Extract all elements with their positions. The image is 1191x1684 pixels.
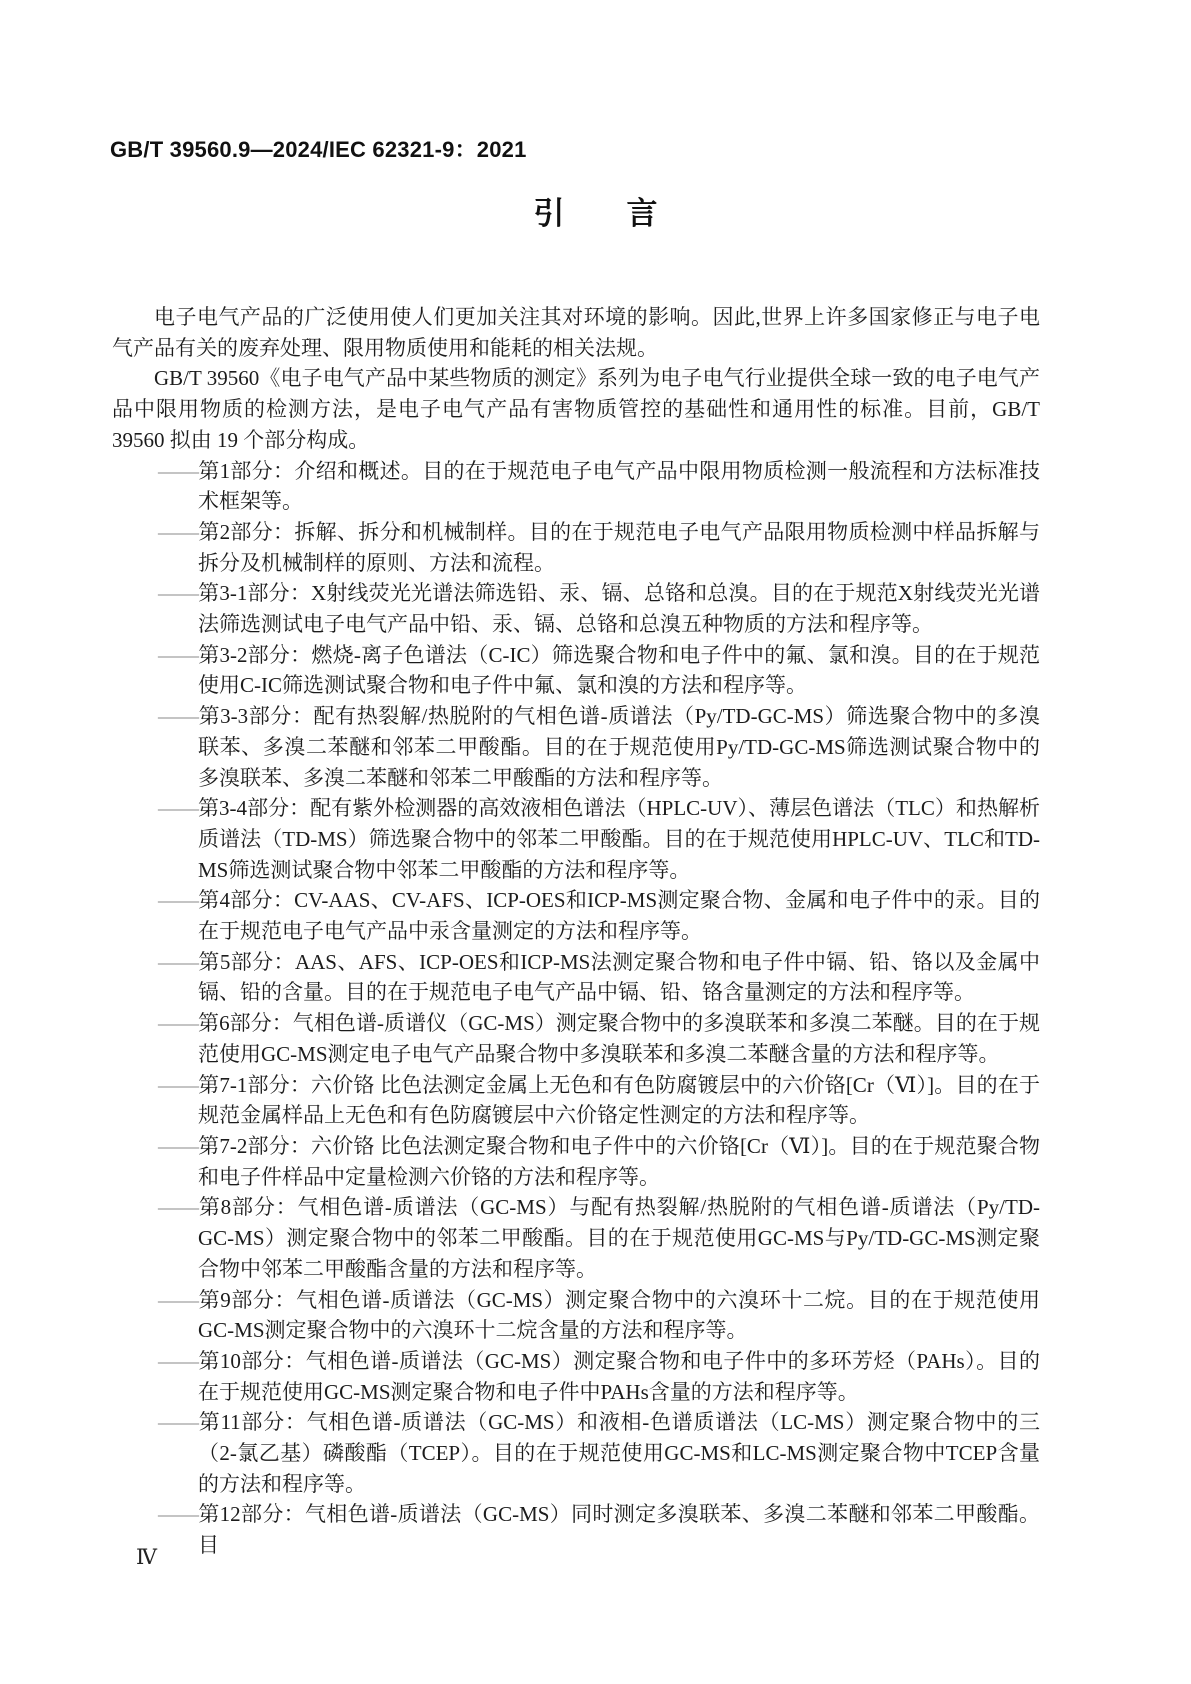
dash-marker: —— (158, 1073, 198, 1097)
part-list-item: ——第7-2部分：六价铬 比色法测定聚合物和电子件中的六价铬[Cr（Ⅵ）]。目的… (112, 1131, 1040, 1192)
dash-marker: —— (158, 581, 198, 605)
part-list-item: ——第9部分：气相色谱-质谱法（GC-MS）测定聚合物中的六溴环十二烷。目的在于… (112, 1285, 1040, 1346)
intro-paragraph: 电子电气产品的广泛使用使人们更加关注其对环境的影响。因此,世界上许多国家修正与电… (112, 302, 1040, 363)
dash-marker: —— (158, 459, 198, 483)
dash-marker: —— (158, 1195, 198, 1219)
page-title: 引 言 (0, 188, 1191, 233)
dash-marker: —— (158, 796, 198, 820)
part-list-item: ——第10部分：气相色谱-质谱法（GC-MS）测定聚合物和电子件中的多环芳烃（P… (112, 1346, 1040, 1407)
dash-marker: —— (158, 950, 198, 974)
part-text: 第7-2部分：六价铬 比色法测定聚合物和电子件中的六价铬[Cr（Ⅵ）]。目的在于… (198, 1134, 1040, 1189)
dash-marker: —— (158, 1011, 198, 1035)
part-text: 第7-1部分：六价铬 比色法测定金属上无色和有色防腐镀层中的六价铬[Cr（Ⅵ）]… (198, 1073, 1040, 1128)
dash-marker: —— (158, 1410, 198, 1434)
part-text: 第8部分：气相色谱-质谱法（GC-MS）与配有热裂解/热脱附的气相色谱-质谱法（… (198, 1195, 1040, 1280)
part-list-item: ——第3-2部分：燃烧-离子色谱法（C-IC）筛选聚合物和电子件中的氟、氯和溴。… (112, 640, 1040, 701)
part-text: 第10部分：气相色谱-质谱法（GC-MS）测定聚合物和电子件中的多环芳烃（PAH… (198, 1349, 1040, 1404)
part-list-item: ——第12部分：气相色谱-质谱法（GC-MS）同时测定多溴联苯、多溴二苯醚和邻苯… (112, 1499, 1040, 1560)
part-list-item: ——第3-3部分：配有热裂解/热脱附的气相色谱-质谱法（Py/TD-GC-MS）… (112, 701, 1040, 793)
dash-marker: —— (158, 1349, 198, 1373)
part-list-item: ——第7-1部分：六价铬 比色法测定金属上无色和有色防腐镀层中的六价铬[Cr（Ⅵ… (112, 1070, 1040, 1131)
part-list-item: ——第11部分：气相色谱-质谱法（GC-MS）和液相-色谱质谱法（LC-MS）测… (112, 1407, 1040, 1499)
dash-marker: —— (158, 520, 198, 544)
page-number: Ⅳ (136, 1545, 157, 1570)
dash-marker: —— (158, 643, 198, 667)
part-text: 第4部分：CV-AAS、CV-AFS、ICP-OES和ICP-MS测定聚合物、金… (198, 888, 1040, 943)
dash-marker: —— (158, 888, 198, 912)
part-list-item: ——第2部分：拆解、拆分和机械制样。目的在于规范电子电气产品限用物质检测中样品拆… (112, 517, 1040, 578)
part-list-item: ——第1部分：介绍和概述。目的在于规范电子电气产品中限用物质检测一般流程和方法标… (112, 456, 1040, 517)
standard-number-header: GB/T 39560.9—2024/IEC 62321-9：2021 (110, 133, 527, 164)
part-list-item: ——第6部分：气相色谱-质谱仪（GC-MS）测定聚合物中的多溴联苯和多溴二苯醚。… (112, 1008, 1040, 1069)
part-text: 第9部分：气相色谱-质谱法（GC-MS）测定聚合物中的六溴环十二烷。目的在于规范… (198, 1288, 1040, 1343)
part-text: 第12部分：气相色谱-质谱法（GC-MS）同时测定多溴联苯、多溴二苯醚和邻苯二甲… (198, 1502, 1040, 1557)
part-list-item: ——第3-1部分：X射线荧光光谱法筛选铅、汞、镉、总铬和总溴。目的在于规范X射线… (112, 578, 1040, 639)
part-text: 第5部分：AAS、AFS、ICP-OES和ICP-MS法测定聚合物和电子件中镉、… (198, 950, 1040, 1005)
dash-marker: —— (158, 704, 198, 728)
part-text: 第1部分：介绍和概述。目的在于规范电子电气产品中限用物质检测一般流程和方法标准技… (198, 459, 1040, 514)
part-text: 第3-2部分：燃烧-离子色谱法（C-IC）筛选聚合物和电子件中的氟、氯和溴。目的… (198, 643, 1040, 698)
part-text: 第3-4部分：配有紫外检测器的高效液相色谱法（HPLC-UV）、薄层色谱法（TL… (198, 796, 1040, 881)
intro-paragraph: GB/T 39560《电子电气产品中某些物质的测定》系列为电子电气行业提供全球一… (112, 363, 1040, 455)
part-text: 第2部分：拆解、拆分和机械制样。目的在于规范电子电气产品限用物质检测中样品拆解与… (198, 520, 1040, 575)
part-text: 第3-3部分：配有热裂解/热脱附的气相色谱-质谱法（Py/TD-GC-MS）筛选… (198, 704, 1040, 789)
dash-marker: —— (158, 1502, 198, 1526)
document-body: 电子电气产品的广泛使用使人们更加关注其对环境的影响。因此,世界上许多国家修正与电… (112, 302, 1040, 1561)
part-text: 第3-1部分：X射线荧光光谱法筛选铅、汞、镉、总铬和总溴。目的在于规范X射线荧光… (198, 581, 1040, 636)
part-text: 第11部分：气相色谱-质谱法（GC-MS）和液相-色谱质谱法（LC-MS）测定聚… (198, 1410, 1040, 1495)
part-text: 第6部分：气相色谱-质谱仪（GC-MS）测定聚合物中的多溴联苯和多溴二苯醚。目的… (198, 1011, 1040, 1066)
part-list-item: ——第5部分：AAS、AFS、ICP-OES和ICP-MS法测定聚合物和电子件中… (112, 947, 1040, 1008)
part-list-item: ——第3-4部分：配有紫外检测器的高效液相色谱法（HPLC-UV）、薄层色谱法（… (112, 793, 1040, 885)
dash-marker: —— (158, 1134, 198, 1158)
standard-document-page: GB/T 39560.9—2024/IEC 62321-9：2021 引 言 电… (0, 0, 1191, 1684)
dash-marker: —— (158, 1288, 198, 1312)
part-list-item: ——第8部分：气相色谱-质谱法（GC-MS）与配有热裂解/热脱附的气相色谱-质谱… (112, 1192, 1040, 1284)
part-list-item: ——第4部分：CV-AAS、CV-AFS、ICP-OES和ICP-MS测定聚合物… (112, 885, 1040, 946)
